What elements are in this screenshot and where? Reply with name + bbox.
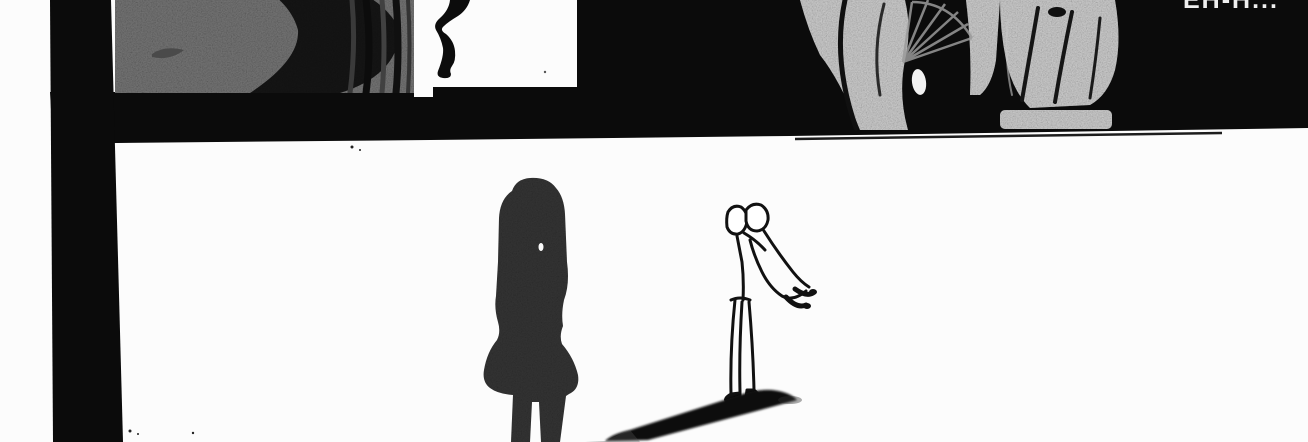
panel-leg-silhouette (433, 0, 577, 87)
page-artwork (0, 0, 1308, 442)
girl-highlight-notch (539, 243, 544, 251)
shadow-foot-pool (778, 396, 802, 404)
cast-shadow (585, 390, 802, 442)
couple-head-right (746, 204, 768, 231)
panel-dark-closeup (115, 0, 414, 93)
page-gutter-bar (50, 0, 123, 442)
manga-page-scan: EH-H... (0, 0, 1308, 442)
dark-spot (1048, 7, 1066, 17)
shadow-main (605, 390, 797, 441)
couple-shoe-2 (803, 303, 811, 309)
silhouette-girl-figure (470, 170, 590, 442)
couple-leg-left-inner (740, 302, 742, 392)
girl-grain (470, 170, 590, 442)
paper-speck (544, 71, 546, 73)
couple-head-left (727, 206, 747, 234)
couple-arm (744, 233, 765, 250)
couple-leg-left (731, 300, 735, 394)
couple-shoe-1 (809, 289, 817, 295)
scan-specks (129, 146, 362, 436)
bottom-panel (129, 146, 818, 442)
top-panel-row (50, 0, 1308, 442)
couple-dress-top (764, 231, 809, 287)
couple-leg-right (749, 302, 754, 390)
outline-couple-figure (726, 204, 817, 401)
couple-torso (737, 236, 743, 300)
